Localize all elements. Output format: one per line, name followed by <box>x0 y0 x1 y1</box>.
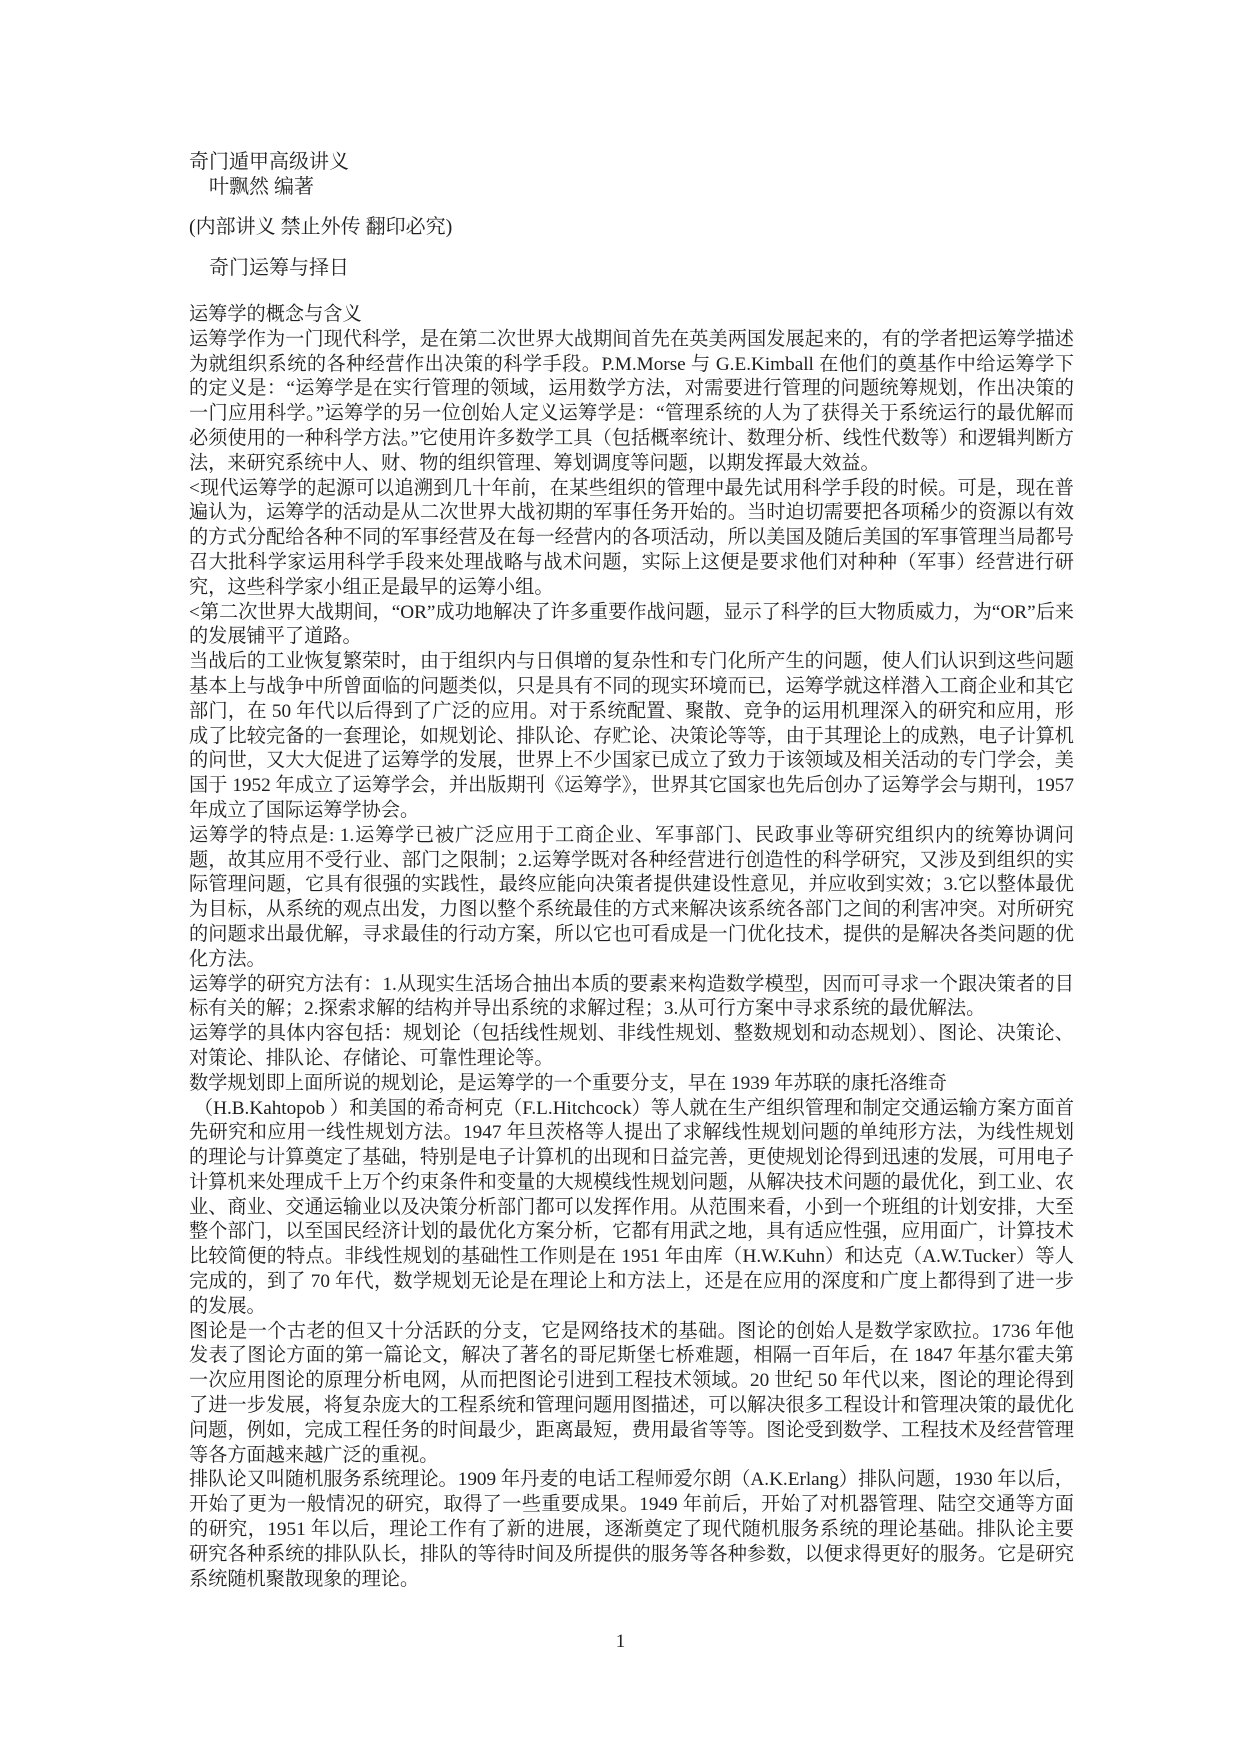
paragraph-postwar-development: 当战后的工业恢复繁荣时，由于组织内与日俱增的复杂性和专门化所产生的问题，使人们认… <box>189 650 1074 824</box>
document-page: 奇门遁甲高级讲义 叶飘然 编著 (内部讲义 禁止外传 翻印必究) 奇门运筹与择日… <box>0 0 1241 1754</box>
paragraph-characteristics: 运筹学的特点是: 1.运筹学已被广泛应用于工商企业、军事部门、民政事业等研究组织… <box>189 824 1074 973</box>
document-title: 奇门遁甲高级讲义 <box>189 150 349 175</box>
paragraph-intro-definition: 运筹学作为一门现代科学，是在第二次世界大战期间首先在英美两国发展起来的，有的学者… <box>189 328 1074 477</box>
page-number: 1 <box>0 1630 1241 1654</box>
confidential-notice: (内部讲义 禁止外传 翻印必究) <box>189 215 452 240</box>
document-body: 运筹学的概念与含义 运筹学作为一门现代科学，是在第二次世界大战期间首先在英美两国… <box>189 303 1074 1592</box>
author-byline: 叶飘然 编著 <box>209 175 314 200</box>
paragraph-research-methods: 运筹学的研究方法有：1.从现实生活场合抽出本质的要素来构造数学模型，因而可寻求一… <box>189 973 1074 1023</box>
paragraph-graph-theory: 图论是一个古老的但又十分活跃的分支，它是网络技术的基础。图论的创始人是数学家欧拉… <box>189 1320 1074 1469</box>
paragraph-specific-contents: 运筹学的具体内容包括：规划论（包括线性规划、非线性规划、整数规划和动态规划）、图… <box>189 1022 1074 1072</box>
paragraph-mathematical-programming: 数学规划即上面所说的规划论，是运筹学的一个重要分支，早在 1939 年苏联的康托… <box>189 1072 1074 1320</box>
section-heading: 运筹学的概念与含义 <box>189 303 1074 328</box>
section-subtitle: 奇门运筹与择日 <box>209 256 349 281</box>
paragraph-queueing-theory: 排队论又叫随机服务系统理论。1909 年丹麦的电话工程师爱尔朗（A.K.Erla… <box>189 1468 1074 1592</box>
paragraph-wwii-or: <第二次世界大战期间，“OR”成功地解决了许多重要作战问题，显示了科学的巨大物质… <box>189 601 1074 651</box>
paragraph-origins: <现代运筹学的起源可以追溯到几十年前，在某些组织的管理中最先试用科学手段的时候。… <box>189 477 1074 601</box>
